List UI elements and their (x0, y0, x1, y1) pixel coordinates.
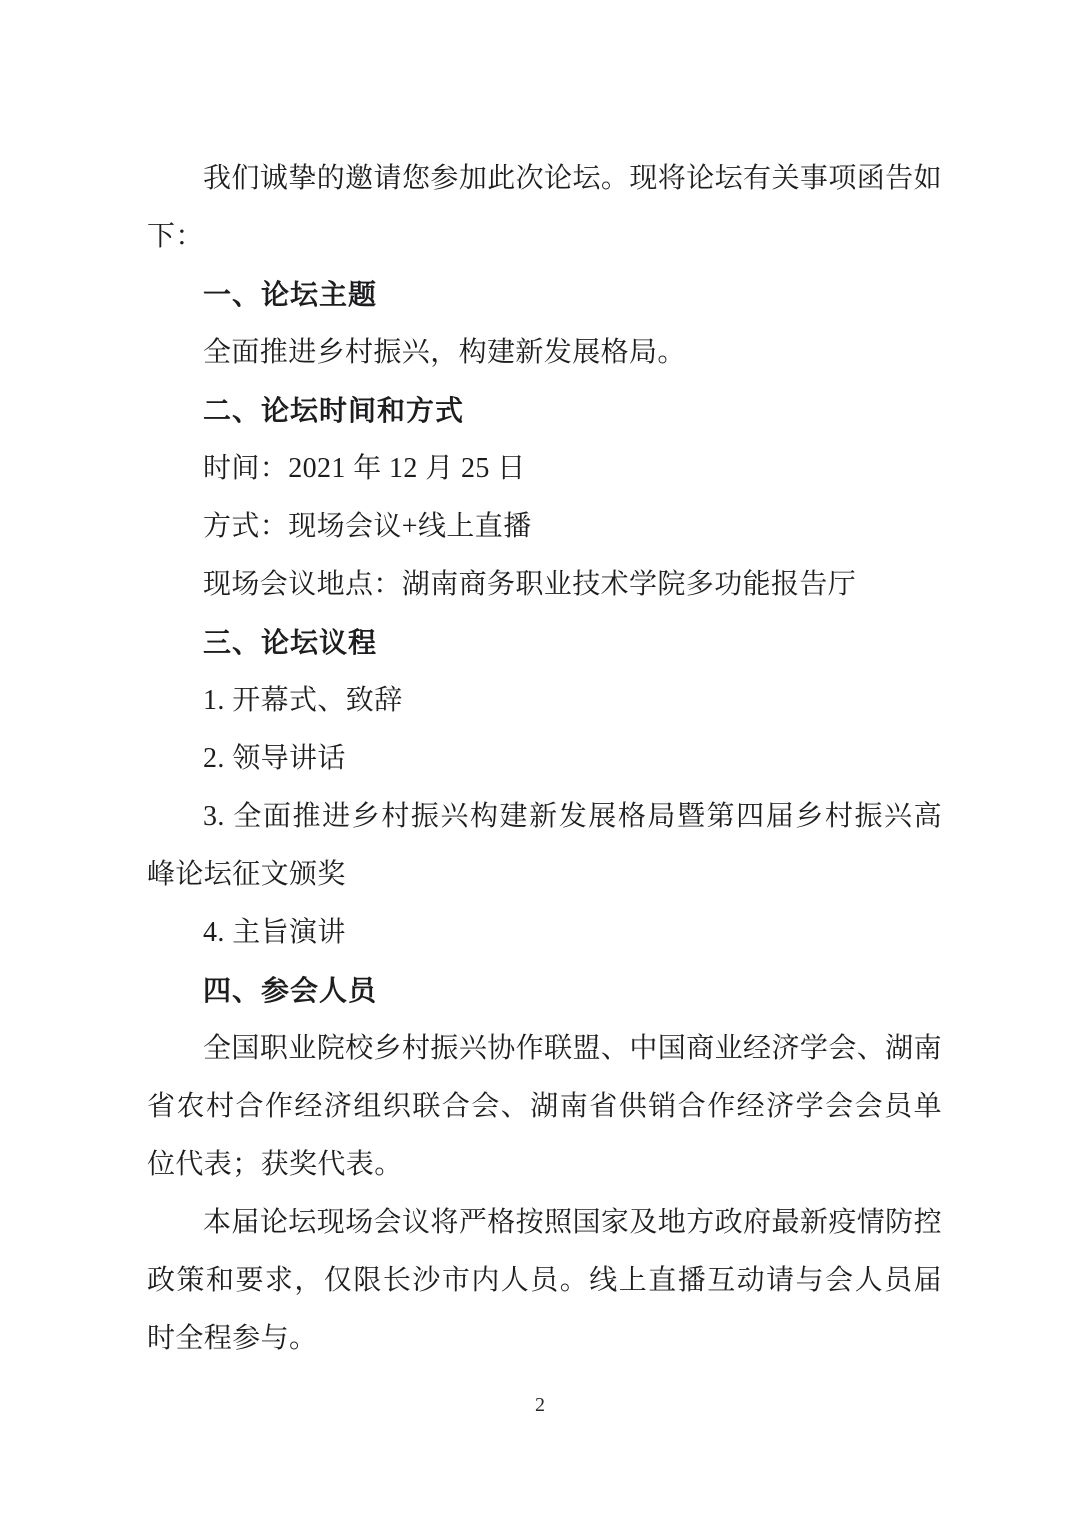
paragraph: 2. 领导讲话 (147, 730, 942, 788)
paragraph: 我们诚挚的邀请您参加此次论坛。现将论坛有关事项函告如下： (147, 150, 942, 266)
page-number: 2 (0, 1390, 1080, 1420)
paragraph: 方式：现场会议+线上直播 (147, 498, 942, 556)
section-heading: 三、论坛议程 (147, 614, 942, 672)
paragraph: 现场会议地点：湖南商务职业技术学院多功能报告厅 (147, 556, 942, 614)
paragraph: 1. 开幕式、致辞 (147, 672, 942, 730)
document-body: 我们诚挚的邀请您参加此次论坛。现将论坛有关事项函告如下：一、论坛主题全面推进乡村… (147, 150, 942, 1368)
paragraph: 全国职业院校乡村振兴协作联盟、中国商业经济学会、湖南省农村合作经济组织联合会、湖… (147, 1020, 942, 1194)
section-heading: 四、参会人员 (147, 962, 942, 1020)
paragraph: 3. 全面推进乡村振兴构建新发展格局暨第四届乡村振兴高峰论坛征文颁奖 (147, 788, 942, 904)
paragraph: 4. 主旨演讲 (147, 904, 942, 962)
paragraph: 时间：2021 年 12 月 25 日 (147, 440, 942, 498)
paragraph: 本届论坛现场会议将严格按照国家及地方政府最新疫情防控政策和要求，仅限长沙市内人员… (147, 1194, 942, 1368)
paragraph: 全面推进乡村振兴，构建新发展格局。 (147, 324, 942, 382)
document-page: 我们诚挚的邀请您参加此次论坛。现将论坛有关事项函告如下：一、论坛主题全面推进乡村… (0, 0, 1080, 1527)
section-heading: 一、论坛主题 (147, 266, 942, 324)
section-heading: 二、论坛时间和方式 (147, 382, 942, 440)
